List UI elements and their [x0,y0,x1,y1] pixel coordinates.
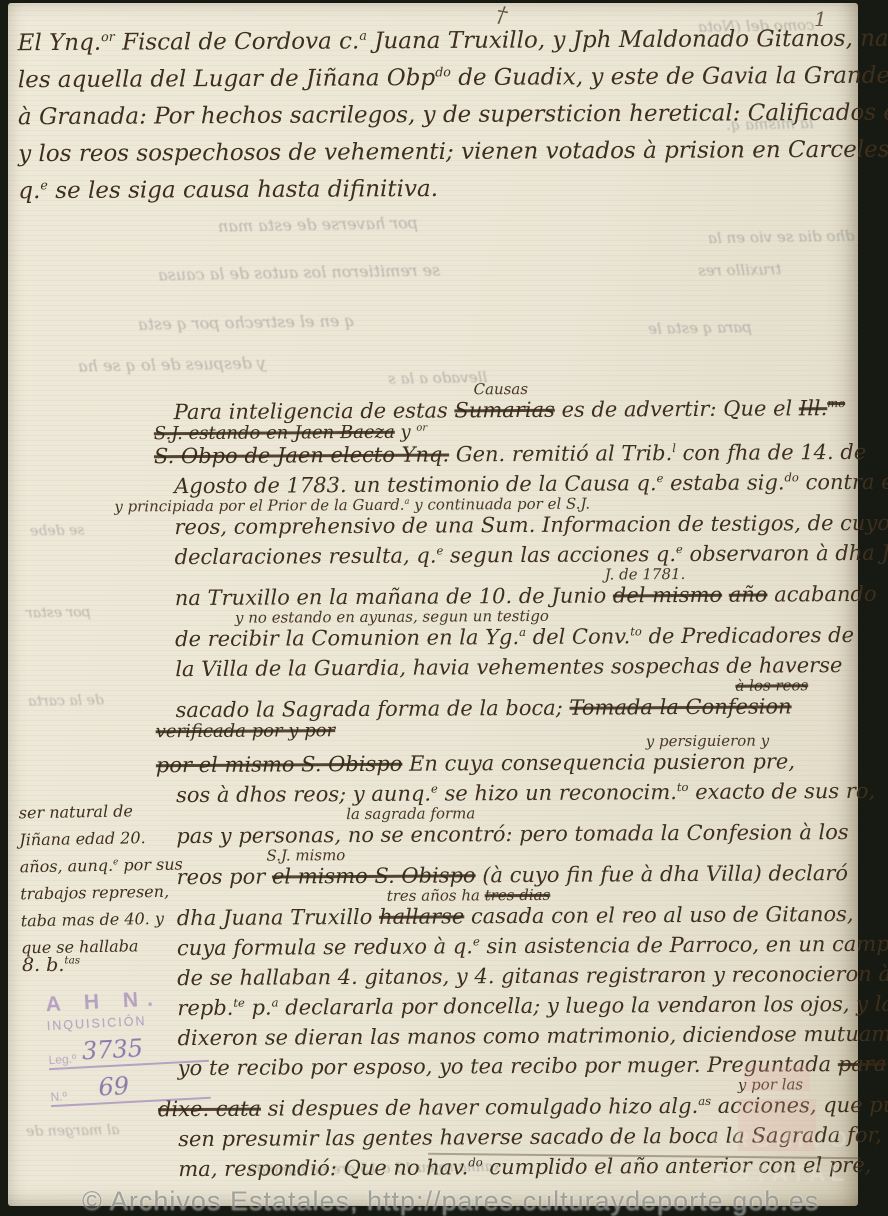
bleedthrough-text: de la carta [28,692,104,709]
manuscript-line: taba mas de 40. y [20,905,176,935]
stamp-numero-label: N.º [50,1089,67,1104]
bleedthrough-text: para q esta le [648,318,752,338]
manuscript-line: años, aunq.e por sus [20,851,176,881]
bleedthrough-text: dho dia se vio en la [708,227,855,248]
body-paragraph: CausasPara inteligencia de estas Sumaria… [174,382,875,1184]
manuscript-line: S. Obpo de Jaen electo Ynq. Gen. remitió… [154,437,870,471]
bleedthrough-text: se remitieron los autos de la causa [158,261,440,285]
bleedthrough-text: por haverse de esta man [218,213,418,235]
corner-watermark-line: ARCHIVO [711,1122,852,1156]
manuscript-line: y los reos sospechosos de vehementi; vie… [18,132,854,173]
margin-abbreviation: 8. b.tas [22,953,80,977]
corner-watermark-line: ESTATAL [711,1156,852,1190]
stamp-numero-value: 69 [98,1072,130,1102]
corner-watermark: ARCHIVO ESTATAL [711,1122,852,1190]
manuscript-page: como del (Notadho dia se vio en lala mis… [8,3,858,1206]
manuscript-line: trabajos represen, [20,878,176,908]
manuscript-line: declaraciones resulta, q.e segun las acc… [175,538,871,572]
margin-note: ser natural deJiñana edad 20.años, aunq.… [19,797,178,962]
stamp-legajo-label: Leg.º [48,1052,76,1067]
manuscript-line: 8. b.tas [22,953,80,977]
manuscript-line: dixeron se dieran las manos como matrimo… [177,1019,873,1053]
manuscript-line: Jiñana edad 20. [19,824,175,854]
bleedthrough-text: q en el estrecho por q esta [138,311,355,334]
manuscript-line: à los reos [735,680,871,692]
bleedthrough-text: y despues de lo q se ha [78,353,266,375]
manuscript-line: les aquella del Lugar de Jiñana Obpdo de… [18,58,854,99]
manuscript-line: dha Juana Truxillo hallarse casada con e… [177,899,873,933]
stamp-legajo-value: 3735 [81,1034,143,1065]
manuscript-line: repb.te p.a declararla por doncella; y l… [177,989,873,1023]
document-scan-photo: { "colors": { "backdrop": "#171a12", "pa… [0,0,888,1216]
manuscript-line: reos, comprehensivo de una Sum. Informac… [174,508,870,542]
bleedthrough-text: truxillo res [698,260,782,279]
stamp-legajo-row: Leg.º 3735 [48,1031,209,1070]
bleedthrough-text: al margen de [26,1122,120,1140]
manuscript-line: q.e se les siga causa hasta difinitiva. [18,169,854,210]
manuscript-line: ser natural de [19,797,175,827]
manuscript-line: à Granada: Por hechos sacrilegos, y de s… [18,95,854,136]
manuscript-line: cuya formula se reduxo à q.e sin asisten… [177,929,873,963]
manuscript-line: por el mismo S. Obispo En cuya consequen… [156,746,872,780]
manuscript-line: El Ynq.or Fiscal de Cordova c.a Juana Tr… [18,21,854,62]
bleedthrough-text: por estar [26,604,91,621]
manuscript-line: de se hallaban 4. gitanos, y 4. gitanas … [177,959,873,993]
manuscript-line: sos à dhos reos; y aunq.e se hizo un rec… [176,776,872,810]
manuscript-line: de recibir la Comunion en la Yg.a del Co… [175,620,871,654]
archive-stamp: A H N. INQUISICIÓN Leg.º 3735 N.º 69 [45,985,211,1107]
bleedthrough-text: se debe [30,523,85,540]
color-artifact [744,1065,810,1091]
header-paragraph: El Ynq.or Fiscal de Cordova c.a Juana Tr… [18,21,855,210]
pares-watermark: © Archivos Estatales, http://pares.cultu… [82,1186,819,1216]
